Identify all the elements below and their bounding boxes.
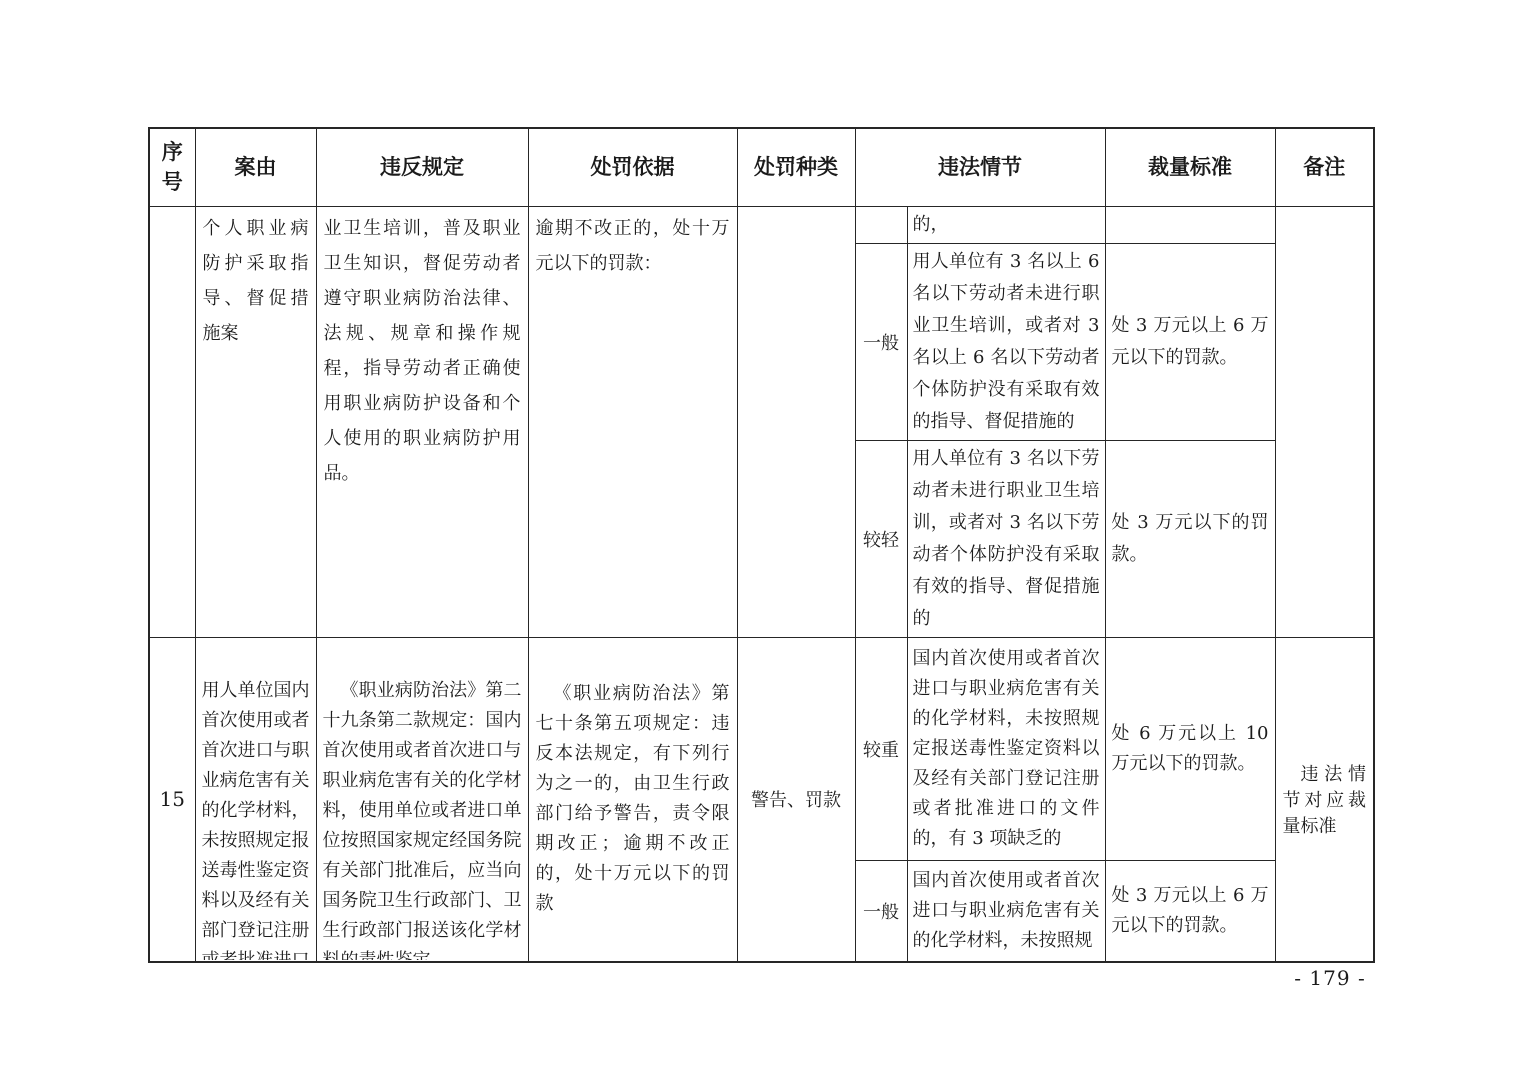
- header-basis: 处罚依据: [528, 128, 737, 206]
- cell-basis: 逾期不改正的，处十万元以下的罚款：: [528, 206, 737, 637]
- cell-penalty-type: 警告、罚款: [737, 637, 855, 962]
- cell-circumstance: 的，: [907, 206, 1105, 243]
- cell-circumstance: 国内首次使用或者首次进口与职业病危害有关的化学材料，未按照规: [907, 860, 1105, 962]
- cell-standard: 处 3 万元以下的罚款。: [1105, 440, 1275, 637]
- cell-basis: 《职业病防治法》第七十条第五项规定：违反本法规定，有下列行为之一的，由卫生行政部…: [528, 637, 737, 962]
- cell-circumstance: 国内首次使用或者首次进口与职业病危害有关的化学材料，未按照规定报送毒性鉴定资料以…: [907, 637, 1105, 860]
- header-standard: 裁量标准: [1105, 128, 1275, 206]
- cell-standard: 处 6 万元以上 10 万元以下的罚款。: [1105, 637, 1275, 860]
- cell-violation: 业卫生培训，普及职业卫生知识，督促劳动者遵守职业病防治法律、法规、规章和操作规程…: [316, 206, 528, 637]
- cell-violation-text: 《职业病防治法》第二十九条第二款规定：国内首次使用或者首次进口与职业病危害有关的…: [323, 676, 522, 960]
- penalty-discretion-table: 序号 案由 违反规定 处罚依据 处罚种类 违法情节 裁量标准 备注 个人职业病防…: [148, 127, 1375, 963]
- cell-cause-text: 用人单位国内首次使用或者首次进口与职业病危害有关的化学材料，未按照规定报送毒性鉴…: [202, 676, 310, 960]
- header-cause: 案由: [195, 128, 316, 206]
- cell-standard: 处 3 万元以上 6 万元以下的罚款。: [1105, 243, 1275, 440]
- header-penalty-type: 处罚种类: [737, 128, 855, 206]
- cell-degree: 较轻: [855, 440, 907, 637]
- cell-penalty-type: [737, 206, 855, 637]
- header-circumstance: 违法情节: [855, 128, 1105, 206]
- cell-degree: 一般: [855, 860, 907, 962]
- header-violation: 违反规定: [316, 128, 528, 206]
- cell-remark: 违法情节对应裁量标准: [1275, 637, 1374, 962]
- cell-standard: 处 3 万元以上 6 万元以下的罚款。: [1105, 860, 1275, 962]
- cell-degree: [855, 206, 907, 243]
- cell-circumstance: 用人单位有 3 名以下劳动者未进行职业卫生培训，或者对 3 名以下劳动者个体防护…: [907, 440, 1105, 637]
- table-header-row: 序号 案由 违反规定 处罚依据 处罚种类 违法情节 裁量标准 备注: [149, 128, 1374, 206]
- cell-degree: 一般: [855, 243, 907, 440]
- cell-violation: 《职业病防治法》第二十九条第二款规定：国内首次使用或者首次进口与职业病危害有关的…: [316, 637, 528, 962]
- header-remark: 备注: [1275, 128, 1374, 206]
- document-page: 序号 案由 违反规定 处罚依据 处罚种类 违法情节 裁量标准 备注 个人职业病防…: [0, 0, 1520, 1074]
- cell-remark: [1275, 206, 1374, 637]
- page-number: - 179 -: [1250, 966, 1410, 990]
- cell-seq: [149, 206, 195, 637]
- cell-seq: 15: [149, 637, 195, 962]
- cell-degree: 较重: [855, 637, 907, 860]
- header-seq: 序号: [149, 128, 195, 206]
- table-row: 个人职业病防护采取指导、督促措施案 业卫生培训，普及职业卫生知识，督促劳动者遵守…: [149, 206, 1374, 243]
- cell-standard: [1105, 206, 1275, 243]
- cell-cause: 个人职业病防护采取指导、督促措施案: [195, 206, 316, 637]
- cell-circumstance: 用人单位有 3 名以上 6 名以下劳动者未进行职业卫生培训，或者对 3 名以上 …: [907, 243, 1105, 440]
- table-row: 15 用人单位国内首次使用或者首次进口与职业病危害有关的化学材料，未按照规定报送…: [149, 637, 1374, 860]
- cell-cause: 用人单位国内首次使用或者首次进口与职业病危害有关的化学材料，未按照规定报送毒性鉴…: [195, 637, 316, 962]
